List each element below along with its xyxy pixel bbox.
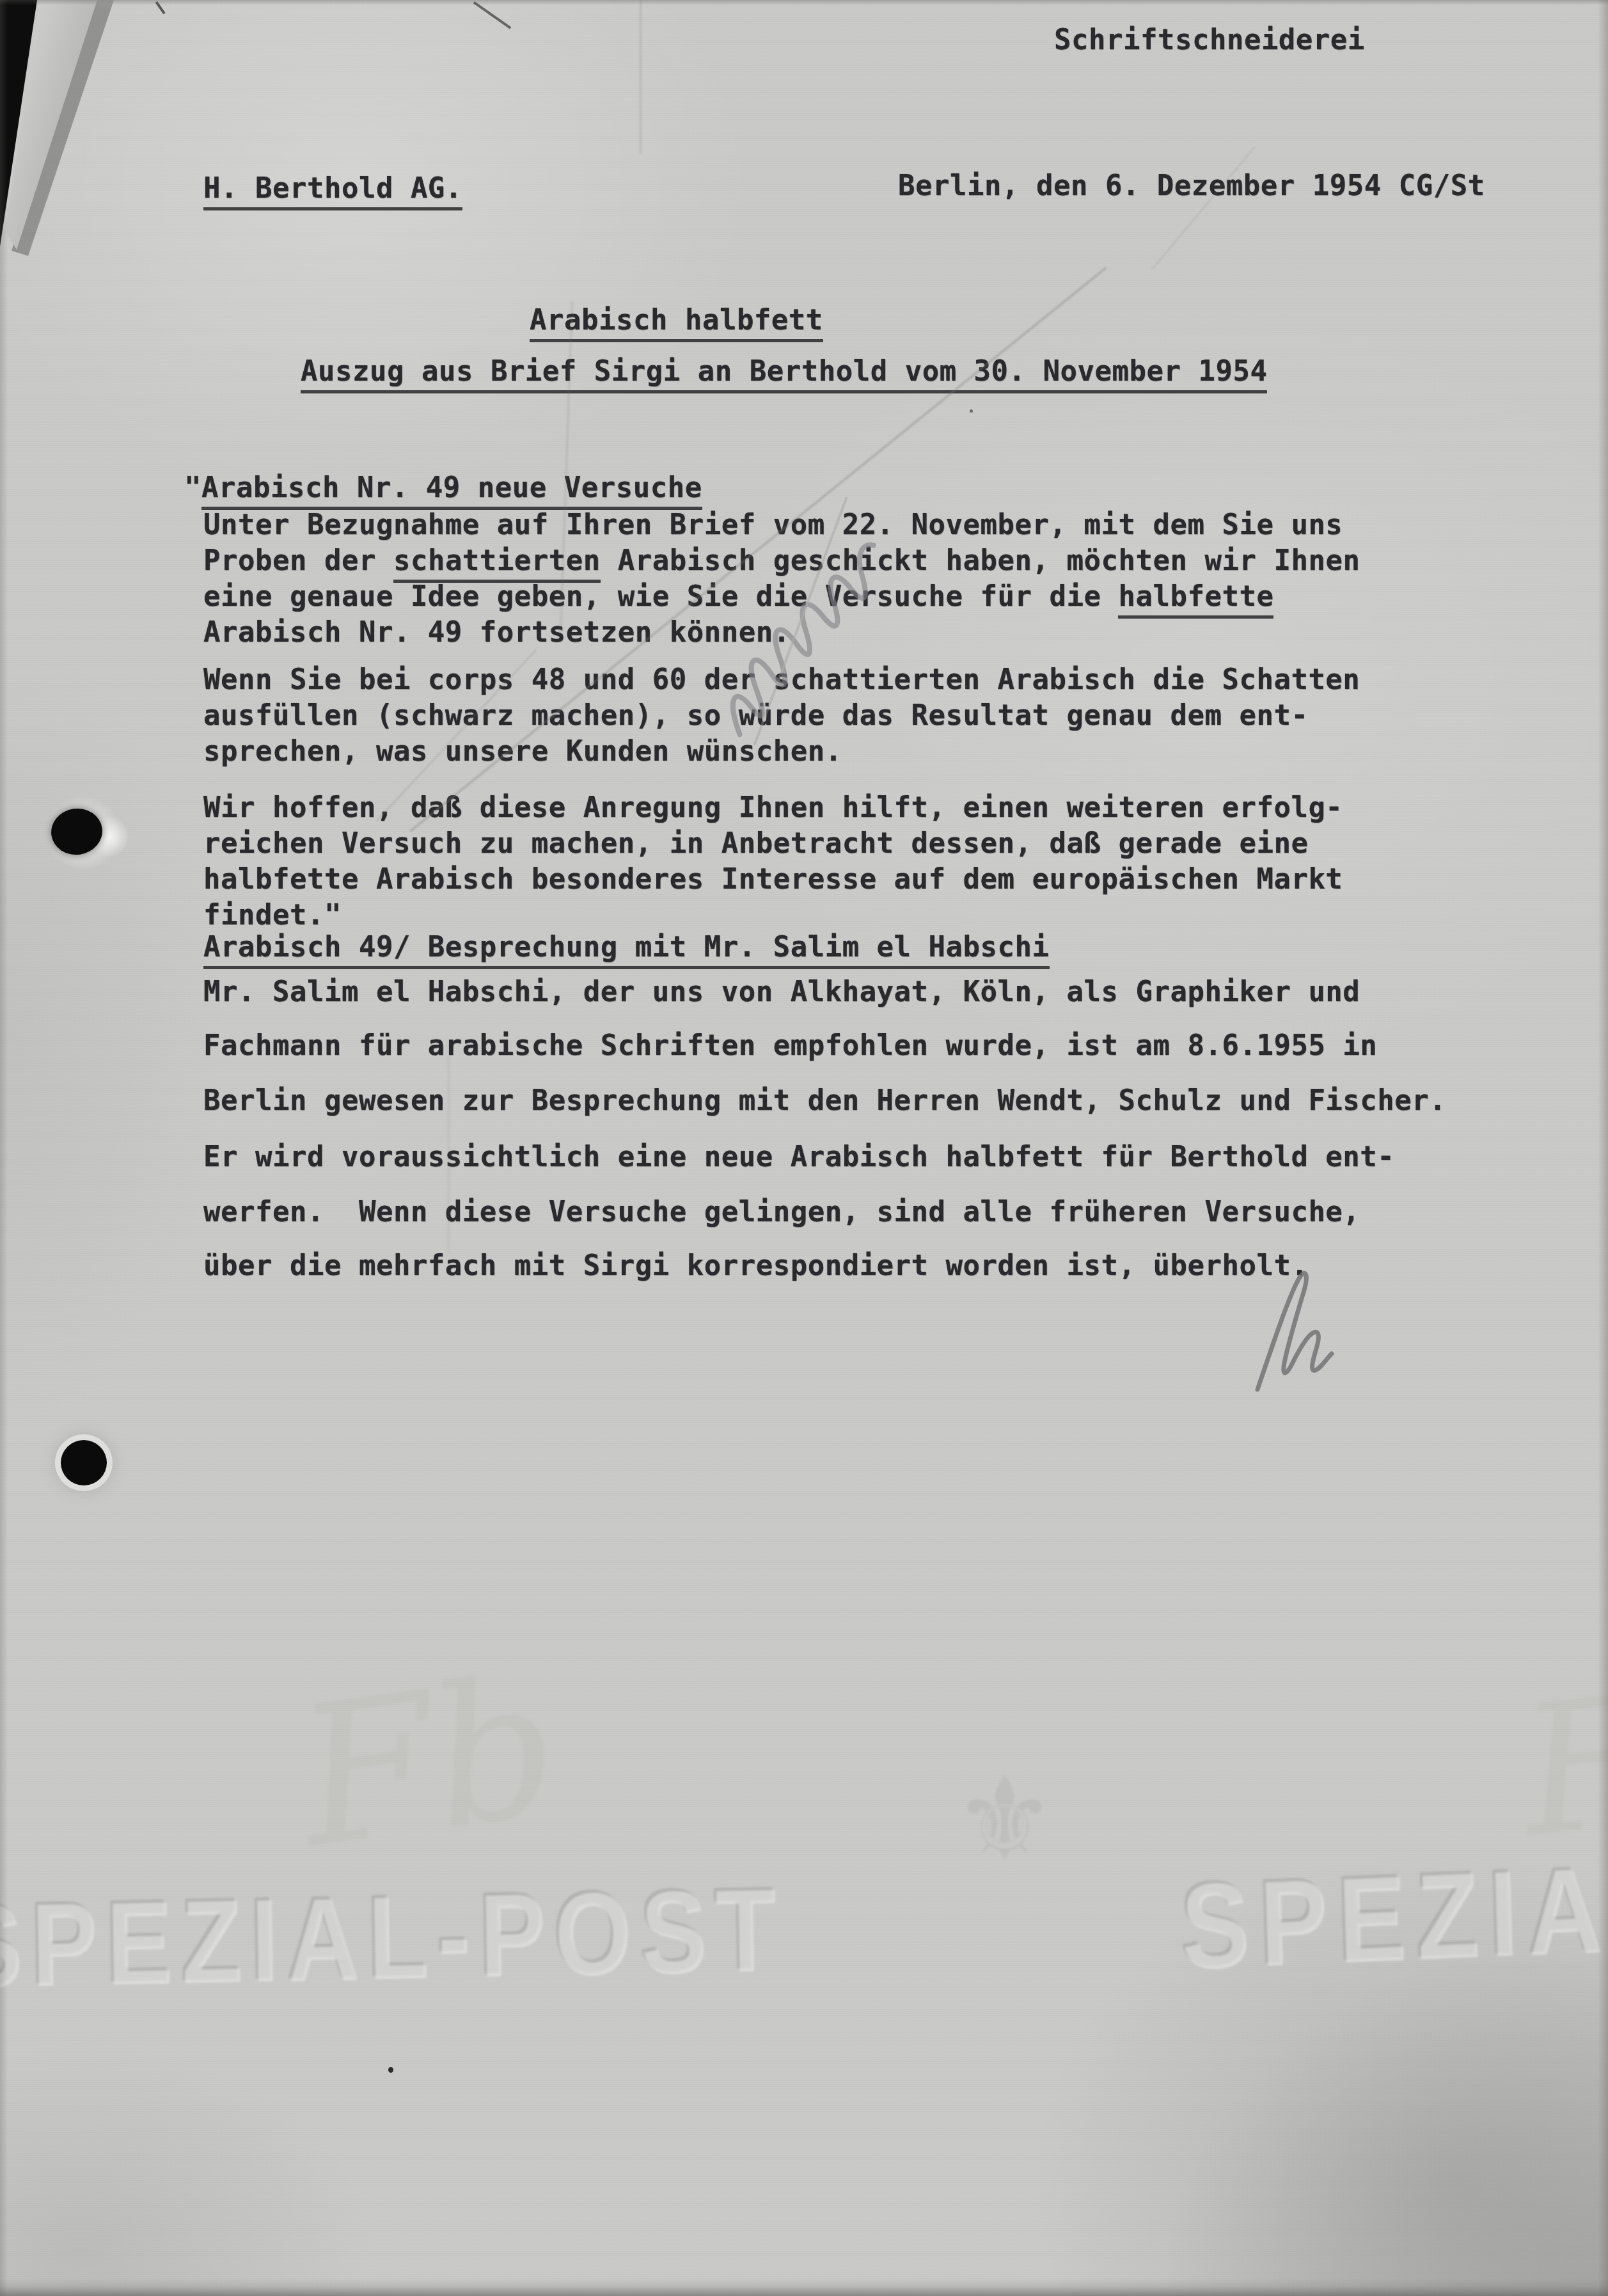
section1-heading-quote: " <box>184 471 201 504</box>
top-edge-mark-small <box>155 1 166 14</box>
punch-hole-bottom <box>61 1440 107 1485</box>
top-edge-shadow <box>0 0 1608 5</box>
paper-crease <box>448 1043 450 1254</box>
body-segment: Proben der <box>203 544 393 577</box>
section1-heading: "Arabisch Nr. 49 neue Versuche <box>184 473 702 503</box>
body-line: Fachmann für arabische Schriften empfohl… <box>203 1031 1377 1061</box>
body-line: werfen. Wenn diese Versuche gelingen, si… <box>203 1198 1360 1227</box>
watermark-text-left: SPEZIAL-POST <box>0 1862 785 2014</box>
body-line: über die mehrfach mit Sirgi korrespondie… <box>203 1251 1308 1281</box>
sender-name-text: H. Berthold AG. <box>203 172 462 210</box>
dust-speck <box>388 2067 393 2073</box>
section2-heading-text: Arabisch 49/ Besprechung mit Mr. Salim e… <box>203 931 1050 969</box>
body-line: Er wird voraussichtlich eine neue Arabis… <box>203 1143 1394 1172</box>
paper-crease <box>640 0 642 154</box>
dust-speck <box>970 409 973 413</box>
top-edge-mark <box>473 1 512 29</box>
dateline: Berlin, den 6. Dezember 1954 CG/St <box>898 171 1485 201</box>
doc-title-text: Arabisch halbfett <box>530 304 823 342</box>
section2-heading: Arabisch 49/ Besprechung mit Mr. Salim e… <box>203 933 1050 962</box>
watermark-monogram: Fb <box>287 1634 571 1890</box>
underlined-word: schattierten <box>393 544 601 583</box>
watermark-fleur-de-lis-icon: ⚜ <box>953 1753 1056 1887</box>
handwritten-paraph <box>1240 1262 1348 1396</box>
body-line: Berlin gewesen zur Besprechung mit den H… <box>203 1086 1446 1116</box>
department-label: Schriftschneiderei <box>1054 26 1365 55</box>
doc-title: Arabisch halbfett <box>530 306 823 335</box>
bottom-edge-shadow <box>0 2278 1608 2296</box>
body-line: Mr. Salim el Habschi, der uns von Alkhay… <box>203 978 1360 1007</box>
watermark-text-right: SPEZIA <box>1178 1839 1608 1996</box>
body-line: Wir hoffen, daß diese Anregung Ihnen hil… <box>203 793 1343 823</box>
doc-subtitle: Auszug aus Brief Sirgi an Berthold vom 3… <box>301 357 1267 386</box>
section1-heading-text: Arabisch Nr. 49 neue Versuche <box>201 471 702 510</box>
body-line: reichen Versuch zu machen, in Anbetracht… <box>203 829 1308 859</box>
underlined-word: halbfette <box>1118 580 1273 619</box>
doc-subtitle-text: Auszug aus Brief Sirgi an Berthold vom 3… <box>301 355 1267 393</box>
sender-name: H. Berthold AG. <box>203 174 462 203</box>
pencil-crease-topright <box>1151 146 1256 269</box>
scanned-letter-page: Fb Fb ⚜ SPEZIAL-POST SPEZIA Schriftschne… <box>0 0 1608 2296</box>
body-line: halbfette Arabisch besonderes Interesse … <box>203 865 1343 894</box>
body-line: findet." <box>203 901 342 930</box>
